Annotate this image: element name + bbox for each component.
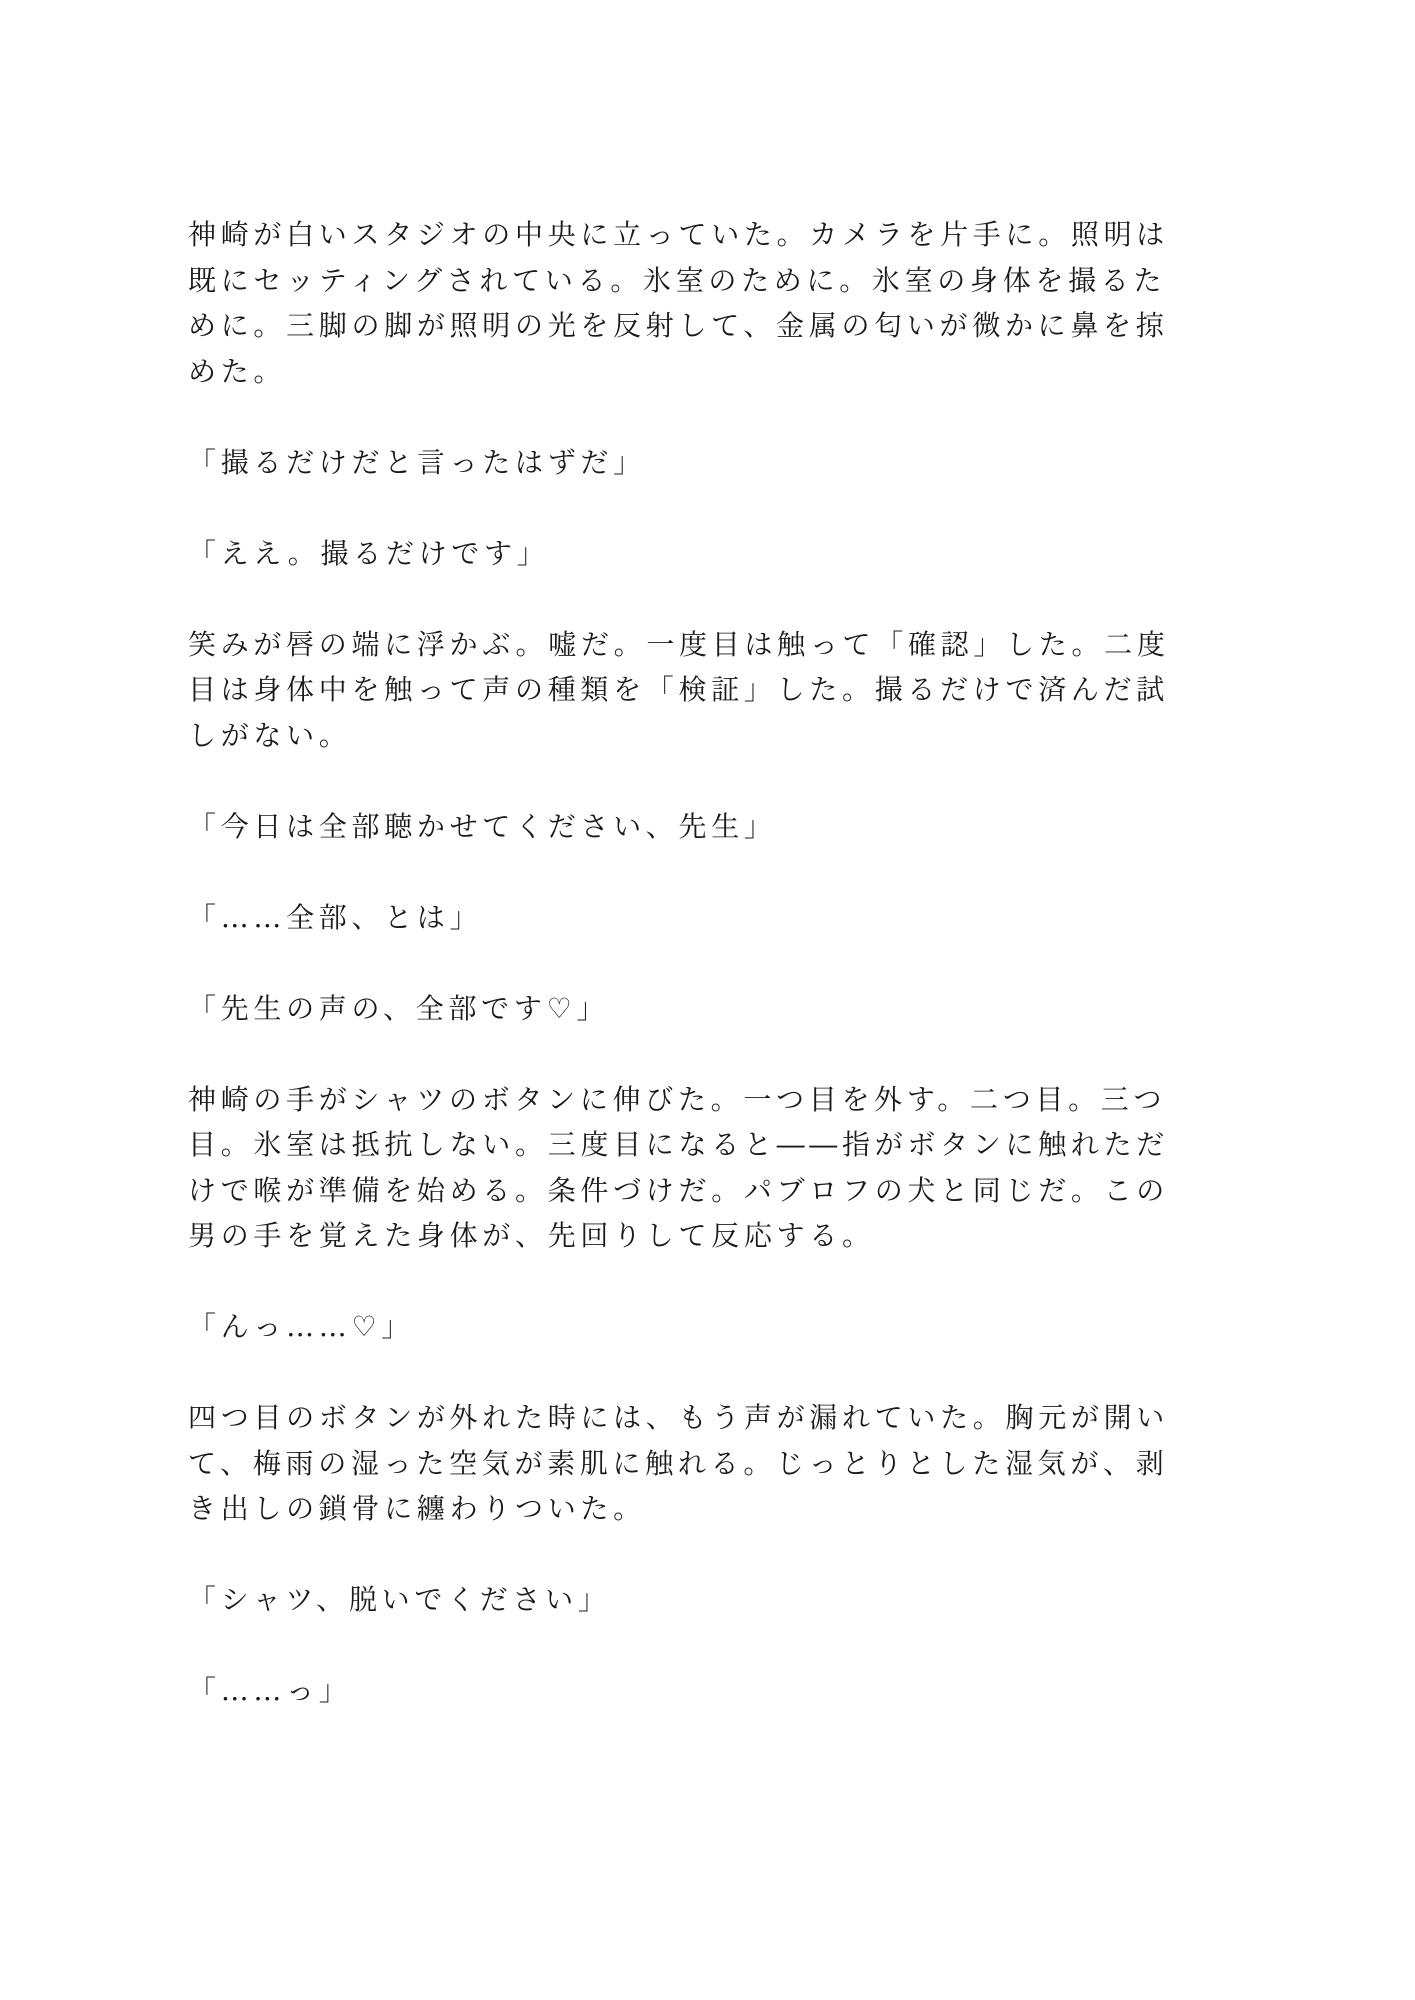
paragraph-dialogue-2: 「ええ。撮るだけです」 (188, 531, 1193, 577)
paragraph-dialogue-8: 「……っ」 (188, 1668, 1193, 1714)
text-block: 神崎が白いスタジオの中央に立っていた。カメラを片手に。照明は 既にセッティングさ… (188, 212, 1193, 1714)
paragraph-dialogue-4: 「……全部、とは」 (188, 895, 1193, 941)
paragraph-dialogue-1: 「撮るだけだと言ったはずだ」 (188, 440, 1193, 486)
paragraph-dialogue-6: 「んっ……♡」 (188, 1304, 1193, 1350)
document-page: 神崎が白いスタジオの中央に立っていた。カメラを片手に。照明は 既にセッティングさ… (0, 0, 1415, 2000)
paragraph-narrative-2: 笑みが唇の端に浮かぶ。嘘だ。一度目は触って「確認」した。二度 目は身体中を触って… (188, 622, 1193, 759)
paragraph-narrative-4: 四つ目のボタンが外れた時には、もう声が漏れていた。胸元が開い て、梅雨の湿った空… (188, 1395, 1193, 1532)
paragraph-narrative-1: 神崎が白いスタジオの中央に立っていた。カメラを片手に。照明は 既にセッティングさ… (188, 212, 1193, 394)
paragraph-dialogue-7: 「シャツ、脱いでください」 (188, 1577, 1193, 1623)
paragraph-dialogue-3: 「今日は全部聴かせてください、先生」 (188, 804, 1193, 850)
paragraph-dialogue-5: 「先生の声の、全部です♡」 (188, 986, 1193, 1032)
paragraph-narrative-3: 神崎の手がシャツのボタンに伸びた。一つ目を外す。二つ目。三つ 目。氷室は抵抗しな… (188, 1077, 1193, 1259)
